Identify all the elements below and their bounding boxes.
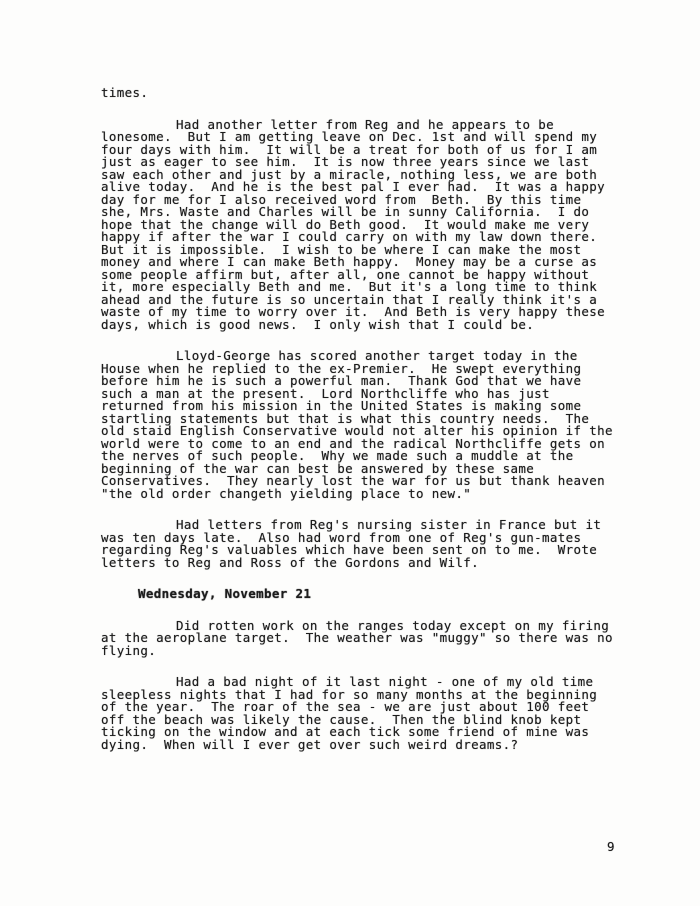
text-line: days, which is good news. I only wish th… bbox=[101, 319, 641, 332]
text-line: times. bbox=[101, 87, 641, 100]
paragraph: Lloyd-George has scored another target t… bbox=[101, 350, 641, 500]
document-page: times.Had another letter from Reg and he… bbox=[0, 0, 700, 906]
paragraph: times. bbox=[101, 87, 641, 100]
text-line: letters to Reg and Ross of the Gordons a… bbox=[101, 557, 641, 570]
text-line: dying. When will I ever get over such we… bbox=[101, 739, 641, 752]
paragraph: Had another letter from Reg and he appea… bbox=[101, 119, 641, 332]
paragraph: Had letters from Reg's nursing sister in… bbox=[101, 519, 641, 569]
text-line: flying. bbox=[101, 645, 641, 658]
text-line: "the old order changeth yielding place t… bbox=[101, 488, 641, 501]
paragraph: Did rotten work on the ranges today exce… bbox=[101, 620, 641, 658]
paragraph: Had a bad night of it last night - one o… bbox=[101, 676, 641, 751]
date-heading: Wednesday, November 21 bbox=[138, 588, 641, 601]
page-content: times.Had another letter from Reg and he… bbox=[101, 87, 641, 751]
text-line: at the aeroplane target. The weather was… bbox=[101, 632, 641, 645]
page-number: 9 bbox=[607, 841, 615, 854]
